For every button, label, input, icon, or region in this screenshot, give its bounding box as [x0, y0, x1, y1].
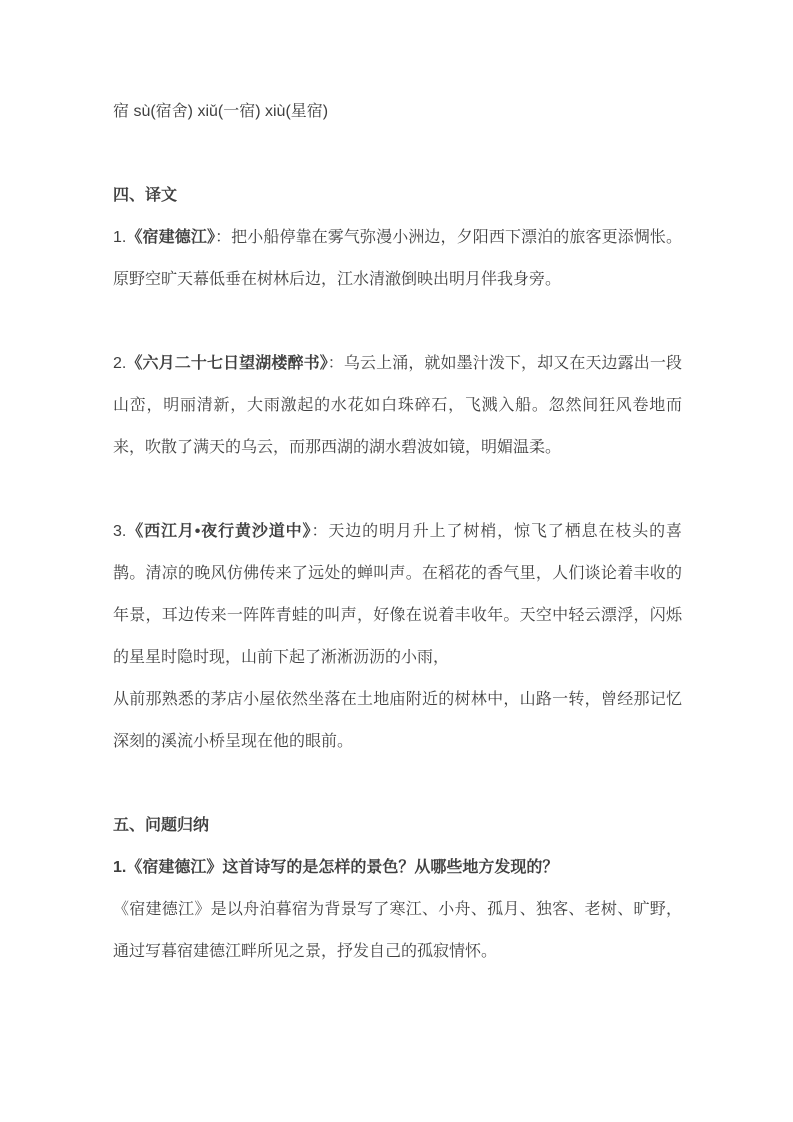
section-heading-questions-text: 五、问题归纳 — [113, 817, 209, 834]
translation-item-3-text-continued: 从前那熟悉的茅店小屋依然坐落在土地庙附近的树林中，山路一转，曾经那记忆深刻的溪流… — [113, 691, 682, 750]
section-heading-questions: 五、问题归纳 — [113, 805, 682, 847]
section-heading-translation: 四、译文 — [113, 175, 682, 217]
translation-item-1-number: 1. — [113, 229, 126, 246]
translation-item-2-number: 2. — [113, 355, 126, 372]
translation-item-1: 1.《宿建德江》：把小船停靠在雾气弥漫小洲边，夕阳西下漂泊的旅客更添惆怅。原野空… — [113, 217, 682, 301]
pronunciation-line: 宿 sù(宿舍) xiǔ(一宿) xiù(星宿) — [113, 91, 682, 133]
question-1: 1.《宿建德江》这首诗写的是怎样的景色？从哪些地方发现的？ — [113, 847, 682, 889]
document-body: 宿 sù(宿舍) xiǔ(一宿) xiù(星宿) 四、译文 1.《宿建德江》：把… — [113, 91, 682, 973]
translation-item-3: 3.《西江月•夜行黄沙道中》：天边的明月升上了树梢，惊飞了栖息在枝头的喜鹊。清凉… — [113, 511, 682, 763]
translation-item-3-poem-title: 《西江月•夜行黄沙道中》 — [126, 523, 311, 540]
question-1-answer-text: 《宿建德江》是以舟泊暮宿为背景写了寒江、小舟、孤月、独客、老树、旷野，通过写暮宿… — [113, 901, 682, 960]
translation-item-2-poem-title: 《六月二十七日望湖楼醉书》 — [126, 355, 327, 372]
question-1-text: 1.《宿建德江》这首诗写的是怎样的景色？从哪些地方发现的？ — [113, 859, 558, 876]
translation-item-3-number: 3. — [113, 523, 126, 540]
translation-item-1-poem-title: 《宿建德江》 — [126, 229, 215, 246]
document-page: 宿 sù(宿舍) xiǔ(一宿) xiù(星宿) 四、译文 1.《宿建德江》：把… — [0, 0, 793, 1122]
translation-item-3-text: ：天边的明月升上了树梢，惊飞了栖息在枝头的喜鹊。清凉的晚风仿佛传来了远处的蝉叫声… — [113, 523, 682, 666]
pronunciation-text: 宿 sù(宿舍) xiǔ(一宿) xiù(星宿) — [113, 103, 328, 120]
question-1-answer: 《宿建德江》是以舟泊暮宿为背景写了寒江、小舟、孤月、独客、老树、旷野，通过写暮宿… — [113, 889, 682, 973]
translation-item-2: 2.《六月二十七日望湖楼醉书》：乌云上涌，就如墨汁泼下，却又在天边露出一段山峦，… — [113, 343, 682, 469]
section-heading-translation-text: 四、译文 — [113, 187, 177, 204]
